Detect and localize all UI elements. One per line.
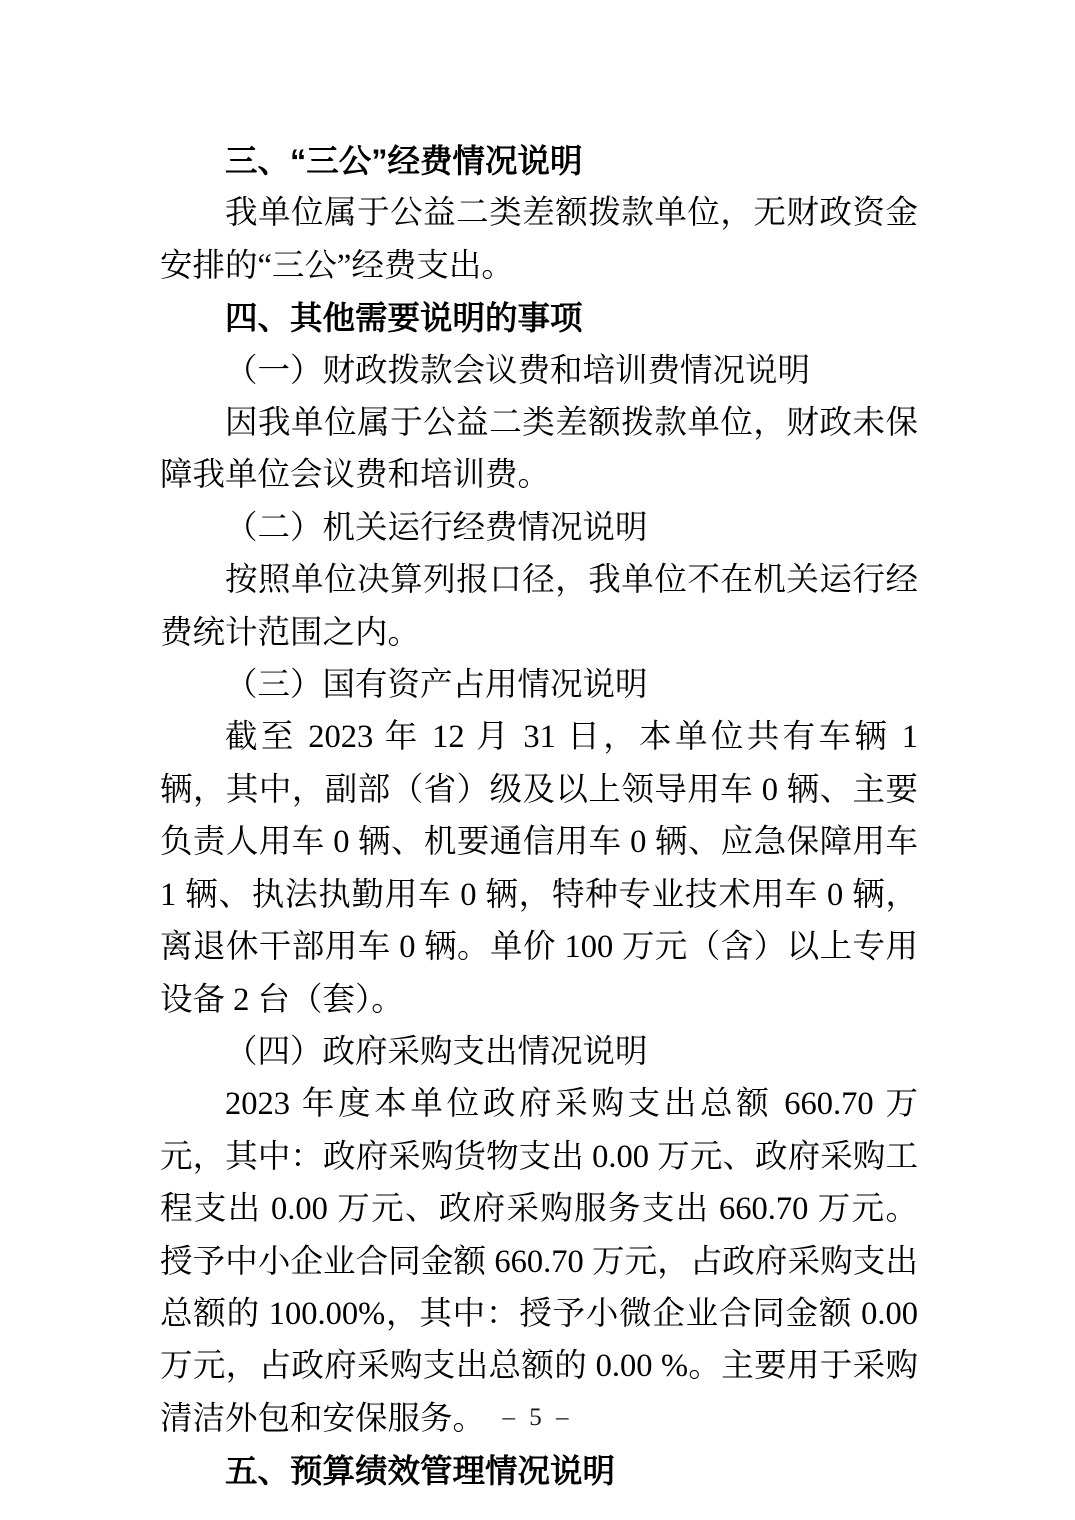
document-page: 三、“三公”经费情况说明我单位属于公益二类差额拨款单位，无财政资金安排的“三公”… bbox=[0, 0, 1075, 1520]
paragraph: 2023 年度本单位政府采购支出总额 660.70 万元，其中：政府采购货物支出… bbox=[160, 1078, 918, 1445]
section-heading: 五、预算绩效管理情况说明 bbox=[160, 1445, 918, 1497]
paragraph: 按照单位决算列报口径，我单位不在机关运行经费统计范围之内。 bbox=[160, 554, 918, 659]
document-body: 三、“三公”经费情况说明我单位属于公益二类差额拨款单位，无财政资金安排的“三公”… bbox=[160, 135, 918, 1498]
paragraph: 因我单位属于公益二类差额拨款单位，财政未保障我单位会议费和培训费。 bbox=[160, 397, 918, 502]
page-number: – 5 – bbox=[0, 1402, 1075, 1434]
sub-heading: （三）国有资产占用情况说明 bbox=[160, 659, 918, 711]
sub-heading: （一）财政拨款会议费和培训费情况说明 bbox=[160, 345, 918, 397]
paragraph: 截至 2023 年 12 月 31 日，本单位共有车辆 1 辆，其中，副部（省）… bbox=[160, 711, 918, 1025]
paragraph: 我单位属于公益二类差额拨款单位，无财政资金安排的“三公”经费支出。 bbox=[160, 187, 918, 292]
sub-heading: （四）政府采购支出情况说明 bbox=[160, 1026, 918, 1078]
section-heading: 四、其他需要说明的事项 bbox=[160, 292, 918, 344]
section-heading: 三、“三公”经费情况说明 bbox=[160, 135, 918, 187]
sub-heading: （二）机关运行经费情况说明 bbox=[160, 502, 918, 554]
